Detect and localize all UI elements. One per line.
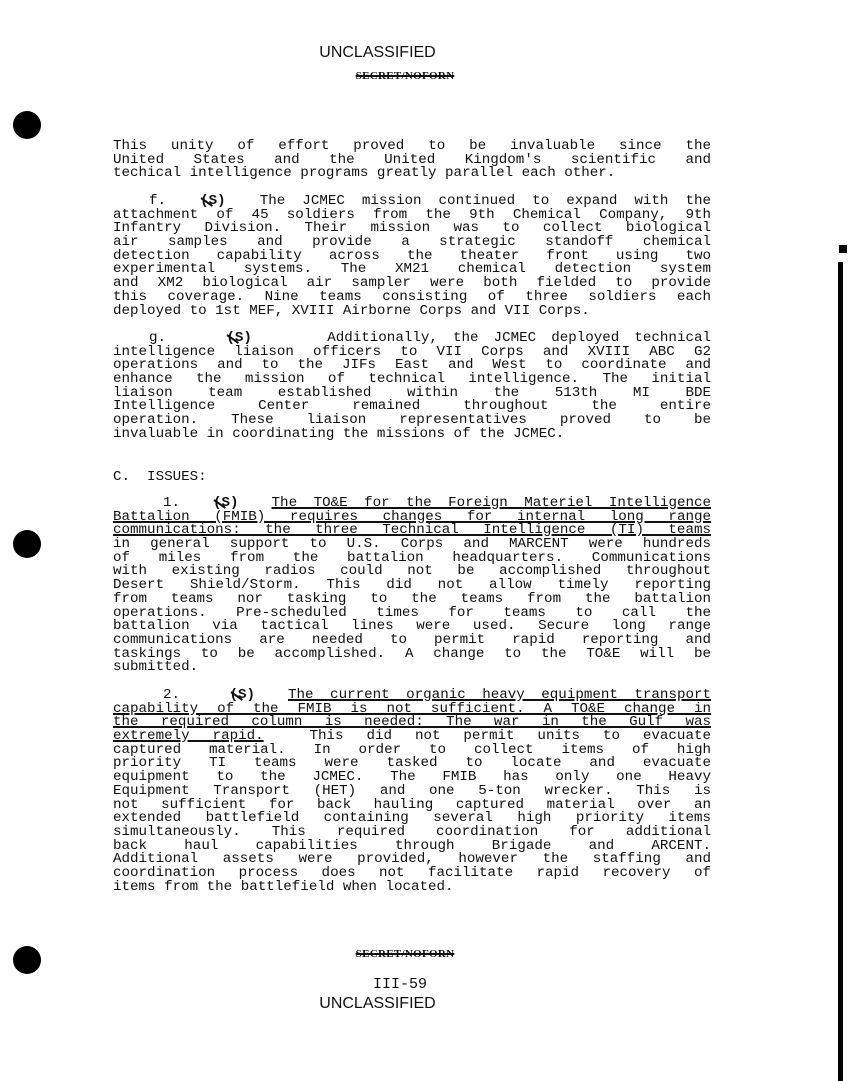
classification-mark: (S)	[230, 689, 256, 703]
classification-mark: (S)	[226, 332, 252, 346]
punch-hole-top	[13, 111, 41, 139]
text-line: invaluable in coordinating the missions …	[113, 428, 711, 442]
scan-edge-mark	[839, 245, 847, 253]
paragraph-f: f. (S) The JCMEC mission continued to ex…	[113, 195, 711, 318]
footer-struck-marking: SECRET/NOFORN	[0, 948, 810, 960]
header-struck-marking: SECRET/NOFORN	[0, 70, 810, 82]
section-heading: C. ISSUES:	[113, 471, 711, 485]
classification-mark: (S)	[200, 195, 226, 209]
intro-paragraph: This unity of effort proved to be invalu…	[113, 140, 711, 181]
document-page: UNCLASSIFIED SECRET/NOFORN This unity of…	[0, 0, 850, 1081]
scan-edge-bar	[838, 262, 843, 1081]
issue-2: 2. (S) The current organic heavy equipme…	[113, 689, 711, 894]
text-line: items from the battlefield when located.	[113, 881, 711, 895]
classification-mark: (S)	[213, 497, 239, 511]
text-line: deployed to 1st MEF, XVIII Airborne Corp…	[113, 305, 711, 319]
header-classification: UNCLASSIFIED	[0, 44, 755, 62]
section-c-heading: C. ISSUES:	[113, 471, 711, 485]
text-line: submitted.	[113, 661, 711, 675]
footer-classification: UNCLASSIFIED	[0, 995, 755, 1013]
text-line: taskings to be accomplished. A change to…	[113, 648, 711, 662]
page-number: III-59	[0, 976, 800, 993]
issue-1: 1. (S) The TO&E for the Foreign Materiel…	[113, 497, 711, 675]
paragraph-g: g. (S) Additionally, the JCMEC deployed …	[113, 332, 711, 442]
punch-hole-middle	[13, 530, 41, 558]
text-line: techical intelligence programs greatly p…	[113, 167, 711, 181]
